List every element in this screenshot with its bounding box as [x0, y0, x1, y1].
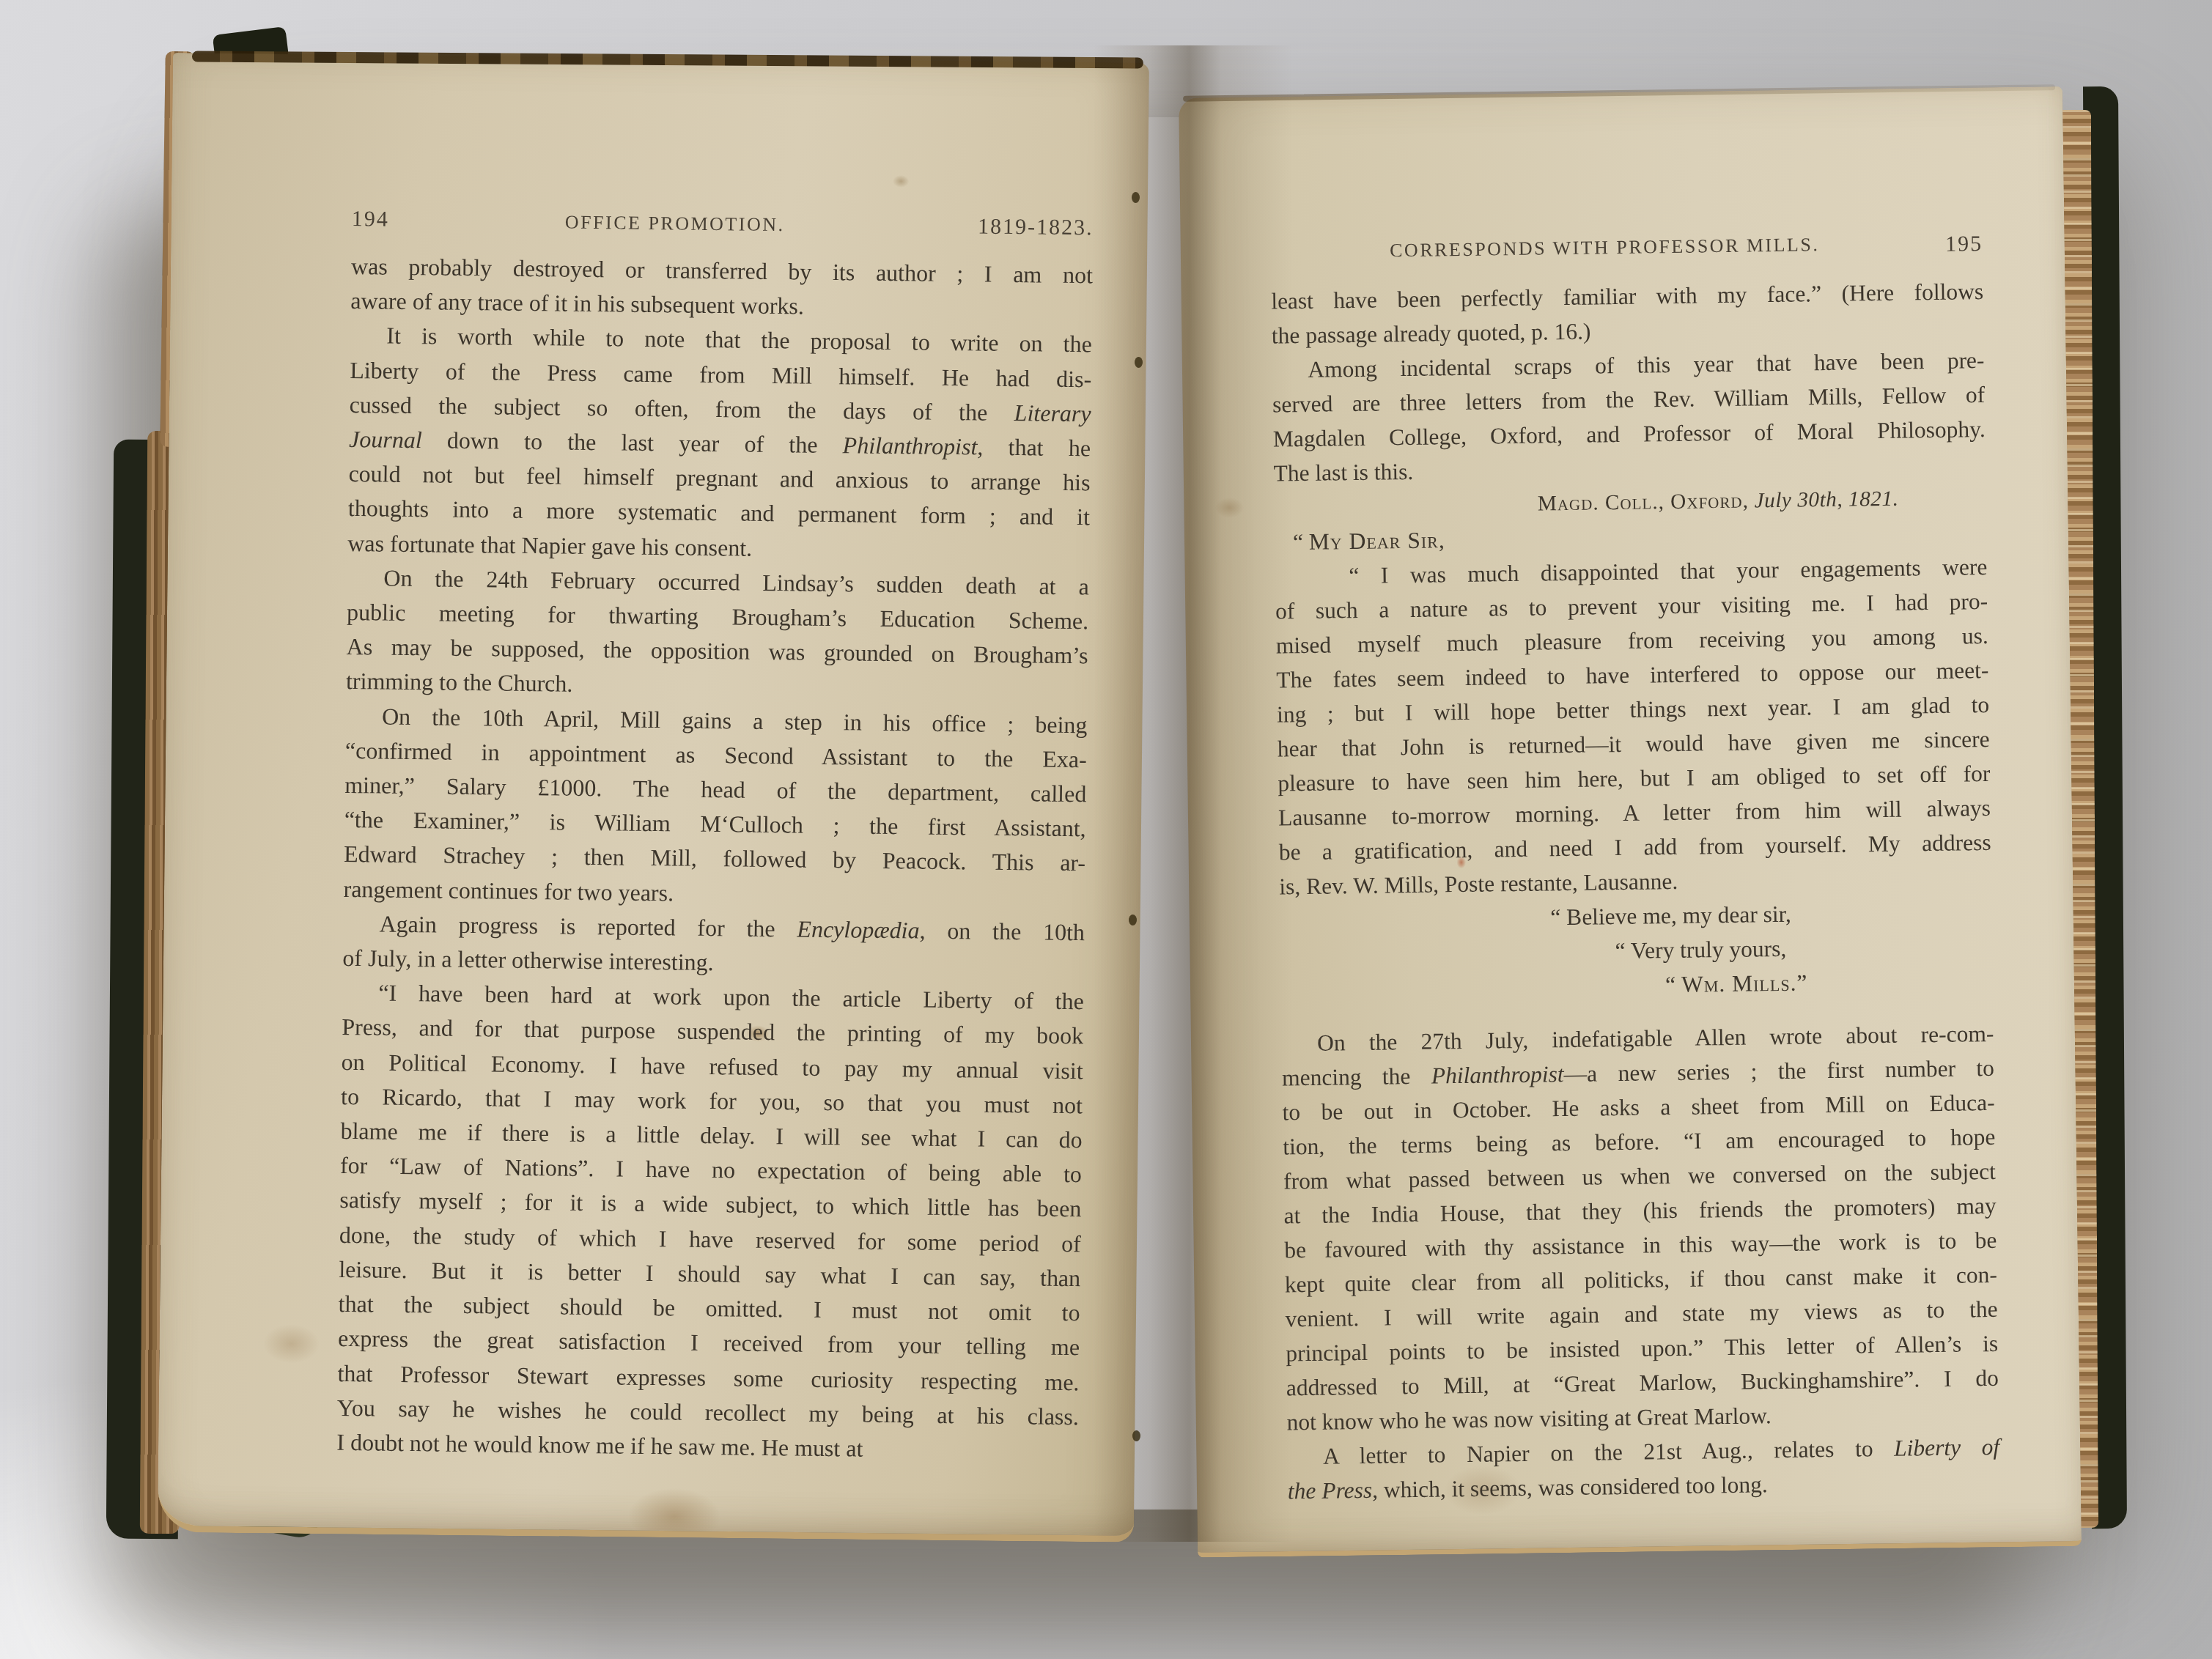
- right-page-body: least have been perfectly familiar with …: [1271, 274, 2000, 1508]
- right-page-number: 195: [1945, 232, 1983, 257]
- left-header-date-range: 1819-1823.: [903, 213, 1094, 240]
- binding-stitch-hole: [1135, 357, 1143, 368]
- left-page-text: 194 OFFICE PROMOTION. 1819-1823. was pro…: [336, 207, 1094, 1468]
- binding-stitch-hole: [1132, 1430, 1140, 1441]
- left-running-header-title: OFFICE PROMOTION.: [447, 210, 903, 238]
- left-page-number: 194: [352, 207, 447, 233]
- binding-stitch-hole: [1129, 915, 1137, 925]
- left-page-body: was probably destroyed or transferred by…: [336, 249, 1093, 1468]
- right-page-text: CORRESPONDS WITH PROFESSOR MILLS. 195 le…: [1270, 232, 2000, 1508]
- book-photo: 194 OFFICE PROMOTION. 1819-1823. was pro…: [0, 0, 2212, 1659]
- binding-stitch-hole: [1132, 192, 1140, 203]
